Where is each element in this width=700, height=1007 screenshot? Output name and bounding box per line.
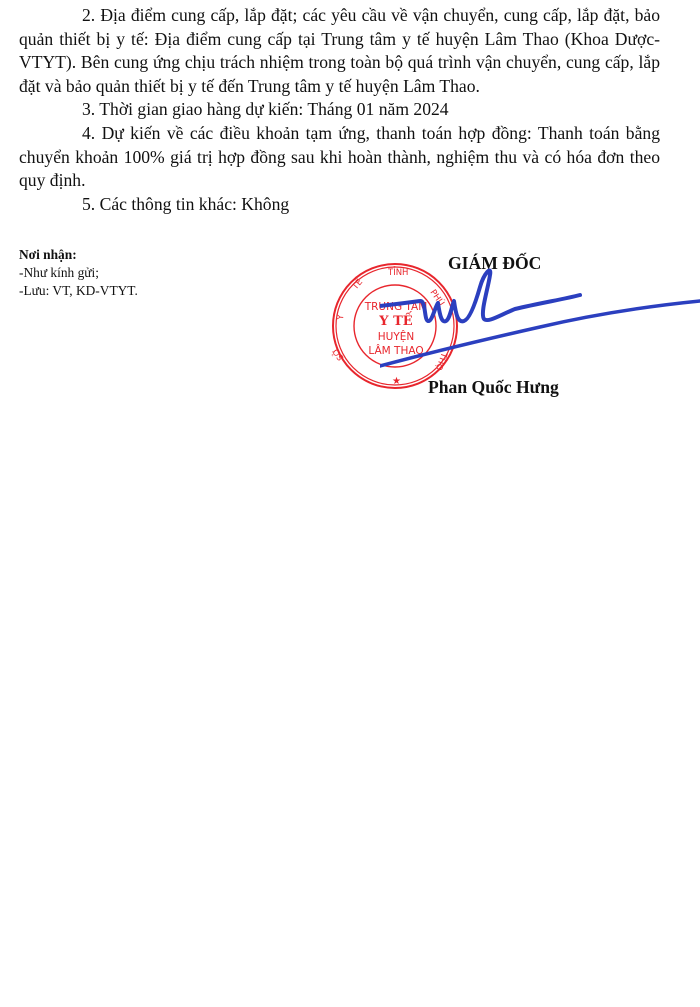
- paragraph-delivery-location: 2. Địa điểm cung cấp, lắp đặt; các yêu c…: [19, 4, 660, 98]
- svg-text:LÂM THAO: LÂM THAO: [368, 344, 423, 357]
- document-body: 2. Địa điểm cung cấp, lắp đặt; các yêu c…: [19, 4, 660, 216]
- svg-text:HUYỆN: HUYỆN: [378, 330, 414, 343]
- svg-text:Y TẾ: Y TẾ: [378, 311, 412, 329]
- svg-text:THỌ: THỌ: [433, 350, 449, 372]
- svg-text:TRUNG TÂM: TRUNG TÂM: [364, 300, 428, 313]
- svg-text:TỈNH: TỈNH: [387, 266, 408, 278]
- signer-name: Phan Quốc Hưng: [428, 377, 559, 398]
- svg-text:Y: Y: [336, 313, 347, 321]
- paragraph-delivery-time: 3. Thời gian giao hàng dự kiến: Tháng 01…: [19, 98, 660, 122]
- paragraph-payment-terms: 4. Dự kiến về các điều khoản tạm ứng, th…: [19, 122, 660, 193]
- official-stamp-icon: TỈNH PHÚ THỌ TẾ Y SỞ ★ TRUNG TÂM Y TẾ HU…: [330, 260, 460, 392]
- paragraph-other-info: 5. Các thông tin khác: Không: [19, 193, 660, 217]
- recipient-item: -Như kính gửi;: [19, 264, 138, 282]
- signature-position-title: GIÁM ĐỐC: [448, 253, 541, 274]
- recipients-title: Nơi nhận:: [19, 246, 138, 264]
- svg-text:TẾ: TẾ: [348, 276, 365, 293]
- recipient-item: -Lưu: VT, KD-VTYT.: [19, 282, 138, 300]
- recipients-block: Nơi nhận: -Như kính gửi; -Lưu: VT, KD-VT…: [19, 246, 138, 300]
- svg-text:★: ★: [392, 376, 401, 387]
